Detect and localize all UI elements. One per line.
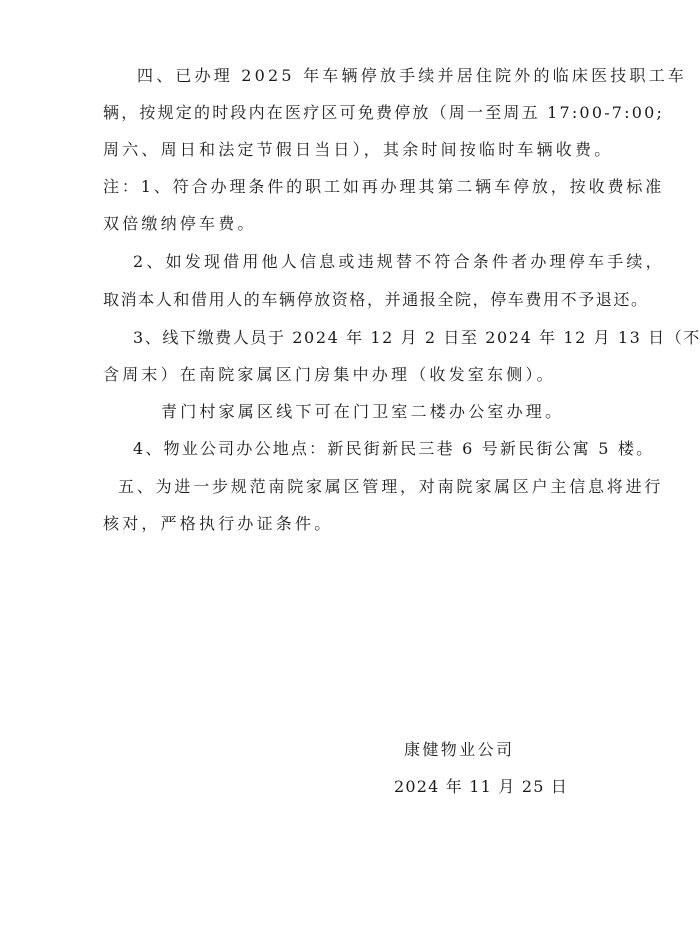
note-3-line-3: 青门村家属区线下可在门卫室二楼办公室办理。 xyxy=(161,402,564,422)
note-1-line-1: 注：1、符合办理条件的职工如再办理其第二辆车停放，按收费标准 xyxy=(103,177,664,197)
note-2-line-2: 取消本人和借用人的车辆停放资格，并通报全院，停车费用不予退还。 xyxy=(103,290,649,310)
signature-date: 2024 年 11 月 25 日 xyxy=(394,777,568,797)
paragraph-5-line-1: 五、为进一步规范南院家属区管理，对南院家属区户主信息将进行 xyxy=(118,477,663,497)
note-3-line-1: 3、线下缴费人员于 2024 年 12 月 2 日至 2024 年 12 月 1… xyxy=(133,328,700,348)
note-1-line-2: 双倍缴纳停车费。 xyxy=(103,214,257,234)
document-page: 四、已办理 2025 年车辆停放手续并居住院外的临床医技职工车 辆，按规定的时段… xyxy=(0,0,700,937)
paragraph-4-line-1: 四、已办理 2025 年车辆停放手续并居住院外的临床医技职工车 xyxy=(137,66,687,86)
note-3-line-2: 含周末）在南院家属区门房集中办理（收发室东侧）。 xyxy=(103,365,556,385)
note-4-line-1: 4、物业公司办公地点：新民街新民三巷 6 号新民街公寓 5 楼。 xyxy=(133,439,654,459)
paragraph-4-line-3: 周六、周日和法定节假日当日），其余时间按临时车辆收费。 xyxy=(103,140,613,160)
paragraph-5-line-2: 核对，严格执行办证条件。 xyxy=(103,514,333,534)
signature-company: 康健物业公司 xyxy=(404,740,514,760)
paragraph-4-line-2: 辆，按规定的时段内在医疗区可免费停放（周一至周五 17:00-7:00; xyxy=(103,103,664,123)
note-2-line-1: 2、如发现借用他人信息或违规替不符合条件者办理停车手续， xyxy=(133,252,665,272)
